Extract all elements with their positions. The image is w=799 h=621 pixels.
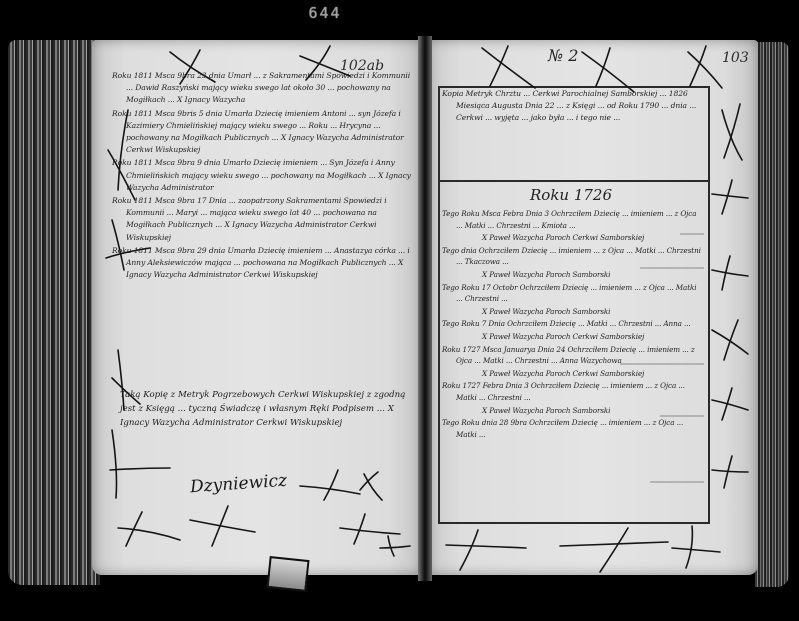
right-folio-number: 103 [722, 50, 749, 66]
priest-signoff: X Paweł Wazycha Paroch Cerkwi Samborskie… [442, 368, 704, 380]
burial-entry: Roku 1811 Msca 9bra 9 dnia Umarło Dzieci… [112, 157, 412, 194]
header-divider [440, 180, 708, 182]
book-gutter [418, 36, 432, 581]
book-page-edges-left [8, 40, 100, 585]
burial-entry: Roku 1811 Msca 9bra 23 dnia Umarł ... z … [112, 70, 412, 107]
entry-number: № 2 [548, 46, 578, 65]
burial-entry: Roku 1811 Msca 9bris 5 dnia Umarła Dziec… [112, 108, 412, 157]
baptism-entries: Tego Roku Msca Febra Dnia 3 Ochrzciłem D… [442, 208, 704, 518]
certification-note: Taką Kopię z Metryk Pogrzebowych Cerkwi … [120, 388, 410, 430]
baptism-entry: Roku 1727 Febra Dnia 3 Ochrzciłem Dzieci… [442, 380, 704, 403]
page-clip [266, 556, 309, 592]
priest-signoff: X Paweł Wazycha Paroch Samborski [442, 306, 704, 318]
frame-number-label: 644 [300, 4, 350, 24]
priest-signoff: X Paweł Wazycha Paroch Cerkwi Samborskie… [442, 331, 704, 343]
priest-signoff: X Paweł Wazycha Paroch Cerkwi Samborskie… [442, 232, 704, 244]
burial-entry: Roku 1811 Msca 9bra 17 Dnia ... zaopatrz… [112, 195, 412, 244]
baptism-entry: Tego dnia Ochrzciłem Dziecię ... imienie… [442, 245, 704, 268]
baptism-entry: Tego Roku 7 Dnia Ochrzciłem Dziecię ... … [442, 318, 704, 330]
book-page-edges-right [755, 42, 789, 587]
header-note-text: Kopia Metryk Chrztu ... Cerkwi Parochial… [442, 88, 704, 125]
baptism-entry: Tego Roku 17 Octobr Ochrzciłem Dziecię .… [442, 282, 704, 305]
baptism-entry: Tego Roku dnia 28 9bra Ochrzciłem Dzieci… [442, 417, 704, 440]
burial-entry: Roku 1811 Msca 9bra 29 dnia Umarła Dziec… [112, 245, 412, 282]
baptism-entry: Tego Roku Msca Febra Dnia 3 Ochrzciłem D… [442, 208, 704, 231]
copy-header-note: Kopia Metryk Chrztu ... Cerkwi Parochial… [442, 88, 704, 180]
priest-signoff: X Paweł Wazycha Paroch Samborski [442, 269, 704, 281]
baptism-entry: Roku 1727 Msca Januarya Dnia 24 Ochrzcił… [442, 344, 704, 367]
priest-signoff: X Paweł Wazycha Paroch Samborski [442, 405, 704, 417]
year-heading: Roku 1726 [530, 186, 612, 204]
